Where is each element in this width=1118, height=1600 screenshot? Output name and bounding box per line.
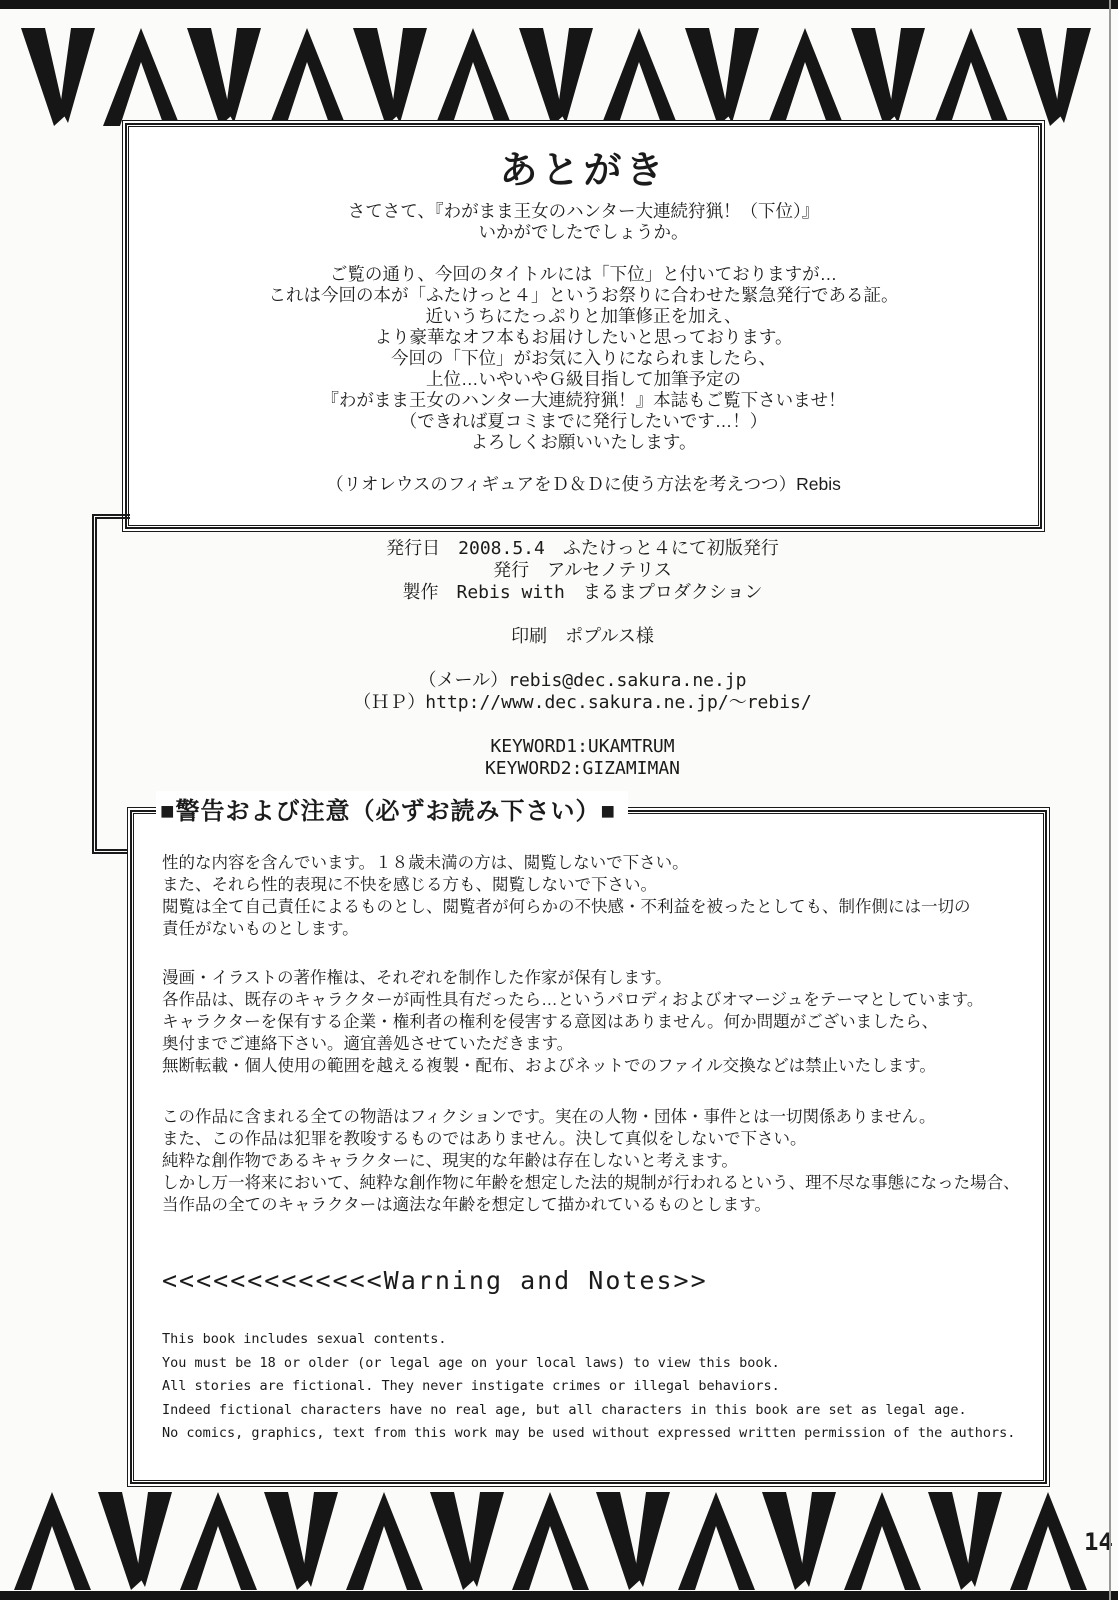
scan-edge-right [1109,0,1111,1600]
warning-heading: ■警告および注意（必ずお読み下さい）■ [156,791,628,826]
scan-edge-top [0,0,1118,9]
warning-paragraph-copyright: 漫画・イラストの著作権は、それぞれを制作した作家が保有します。 各作品は、既存の… [162,967,1021,1077]
colophon-publication-info: 発行日 2008.5.4 ふたけっと４にて初版発行 発行 アルセノテリス 製作 … [122,538,1043,780]
warning-box: ■警告および注意（必ずお読み下さい）■ 性的な内容を含んでいます。１８歳未満の方… [127,807,1050,1487]
tribal-triangle-border-top [18,28,1098,126]
warning-paragraph-fiction: この作品に含まれる全ての物語はフィクションです。実在の人物・団体・事件とは一切関… [162,1106,1021,1216]
afterword-title: あとがき [123,139,1044,194]
scanned-doujinshi-colophon-page: あとがき さてさて、『わがまま王女のハンター大連続狩猟！（下位）』 いかがでした… [0,0,1118,1600]
warning-and-notes-heading: <<<<<<<<<<<<<Warning and Notes>> [162,1266,1049,1295]
scan-edge-bottom [0,1591,1118,1600]
tribal-triangle-border-bottom [12,1492,1092,1590]
afterword-text: さてさて、『わがまま王女のハンター大連続狩猟！（下位）』 いかがでしたでしょうか… [123,201,1044,495]
afterword-box: あとがき さてさて、『わがまま王女のハンター大連続狩猟！（下位）』 いかがでした… [122,120,1045,532]
warning-paragraph-viewing: 性的な内容を含んでいます。１８歳未満の方は、閲覧しないで下さい。 また、それら性… [162,852,1021,940]
warning-text-english: This book includes sexual contents. You … [162,1328,1049,1446]
